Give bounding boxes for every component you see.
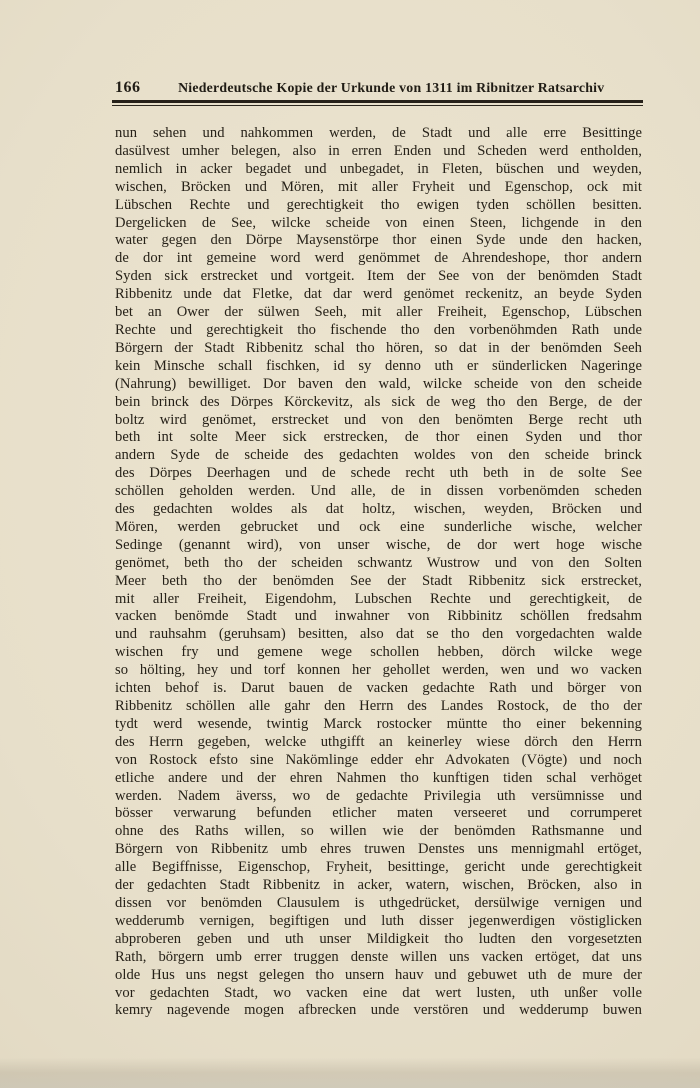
text-line: ichten behof is. Darut bauen de vacken g… (115, 680, 642, 698)
text-line: olde Hus uns negst gelegen tho unsern ha… (115, 967, 642, 985)
text-line: mit aller Freiheit, Eigendohm, Lubschen … (115, 591, 642, 609)
text-line: Börgern der Stadt Ribbenitz schal tho hö… (115, 340, 642, 358)
text-line: ohne des Raths willen, so willen wie der… (115, 823, 642, 841)
text-line: werden. Nadem äverss, wo de gedachte Pri… (115, 788, 642, 806)
text-line: bösser verwarung befunden etlicher maten… (115, 805, 642, 823)
text-line: andern Syde de scheide des gedachten wol… (115, 447, 642, 465)
text-line: der gedachten Stadt Ribbenitz in acker, … (115, 877, 642, 895)
text-line: alle Begiffnisse, Eigenschop, Fryheit, b… (115, 859, 642, 877)
text-line: Mören, werden gebrucket und ock eine sun… (115, 519, 642, 537)
text-line: Sedinge (genannt wird), von unser wische… (115, 537, 642, 555)
text-line: Syden sick erstrecket und vortgeit. Item… (115, 268, 642, 286)
text-line: bet an Ower der sülwen Seeh, mit aller F… (115, 304, 642, 322)
text-line: vacken benömde Stadt und inwahner von Ri… (115, 608, 642, 626)
text-line: genömet, beth tho der scheiden schwantz … (115, 555, 642, 573)
text-line: nemlich in acker begadet und unbegadet, … (115, 161, 642, 179)
text-line: etliche andere und der ehren Nahmen tho … (115, 770, 642, 788)
header-title: Niederdeutsche Kopie der Urkunde von 131… (141, 80, 643, 96)
text-line: Meer beth tho der benömden See der Stadt… (115, 573, 642, 591)
text-line: Börgern von Ribbenitz umb ehres truwen D… (115, 841, 642, 859)
text-line: des Herrn gegeben, welcke uthgifft an ke… (115, 734, 642, 752)
book-page: 166 Niederdeutsche Kopie der Urkunde von… (0, 0, 700, 1088)
page-number: 166 (115, 79, 141, 97)
page-header: 166 Niederdeutsche Kopie der Urkunde von… (115, 79, 642, 97)
text-line: kein Minsche schall fischken, id sy denn… (115, 358, 642, 376)
text-line: schöllen geholden werden. Und alle, de i… (115, 483, 642, 501)
text-line: Ribbenitz unde dat Fletke, dat dar werd … (115, 286, 642, 304)
text-line: beth int solte Meer sick erstrecken, de … (115, 429, 642, 447)
text-line: und rauhsahm (geruhsam) besitten, also d… (115, 626, 642, 644)
text-line: dasülvest umher belegen, also in erren E… (115, 143, 642, 161)
text-line: nun sehen und nahkommen werden, de Stadt… (115, 125, 642, 143)
text-line: dissen vor benömden Clausulem is uthgedr… (115, 895, 642, 913)
text-line: so hölting, hey und torf konnen her geho… (115, 662, 642, 680)
text-line: wedderumb vernigen, begiftigen und luth … (115, 913, 642, 931)
text-line: Dergelicken de See, wilcke scheide von e… (115, 215, 642, 233)
text-line: (Nahrung) bewilliget. Dor baven den wald… (115, 376, 642, 394)
body-text: nun sehen und nahkommen werden, de Stadt… (115, 125, 642, 1020)
text-line: abproberen geben und uth unser Mildigkei… (115, 931, 642, 949)
text-line: des Dörpes Deerhagen und de schede recht… (115, 465, 642, 483)
text-line: von Rostock efsto sine Nakömlinge edder … (115, 752, 642, 770)
text-line: wischen fry und gemene wege schollen heb… (115, 644, 642, 662)
text-line: wischen, Bröcken und Mören, mit aller Fr… (115, 179, 642, 197)
header-rule (112, 100, 643, 106)
text-line: bein brinck des Dörpes Körckevitz, als s… (115, 394, 642, 412)
text-line: boltz wird genömet, erstrecket und von d… (115, 412, 642, 430)
text-line: kemry nagevende mogen afbrecken unde ver… (115, 1002, 642, 1020)
text-line: de dor int gemeine word werd genömmet de… (115, 250, 642, 268)
text-line: Lübschen Rechte und gerechtigkeit tho ew… (115, 197, 642, 215)
text-line: des gedachten woldes als dat holtz, wisc… (115, 501, 642, 519)
text-line: vor gedachten Stadt, wo vacken eine dat … (115, 985, 642, 1003)
text-line: Rath, börgern umb errer truggen denste w… (115, 949, 642, 967)
text-line: Ribbenitz schöllen alle gahr den Herrn d… (115, 698, 642, 716)
text-line: tydt werd wesende, twintig Marck rostock… (115, 716, 642, 734)
text-line: water gegen den Dörpe Maysenstörpe thor … (115, 232, 642, 250)
text-line: Rechte und gerechtigkeit tho fischende t… (115, 322, 642, 340)
